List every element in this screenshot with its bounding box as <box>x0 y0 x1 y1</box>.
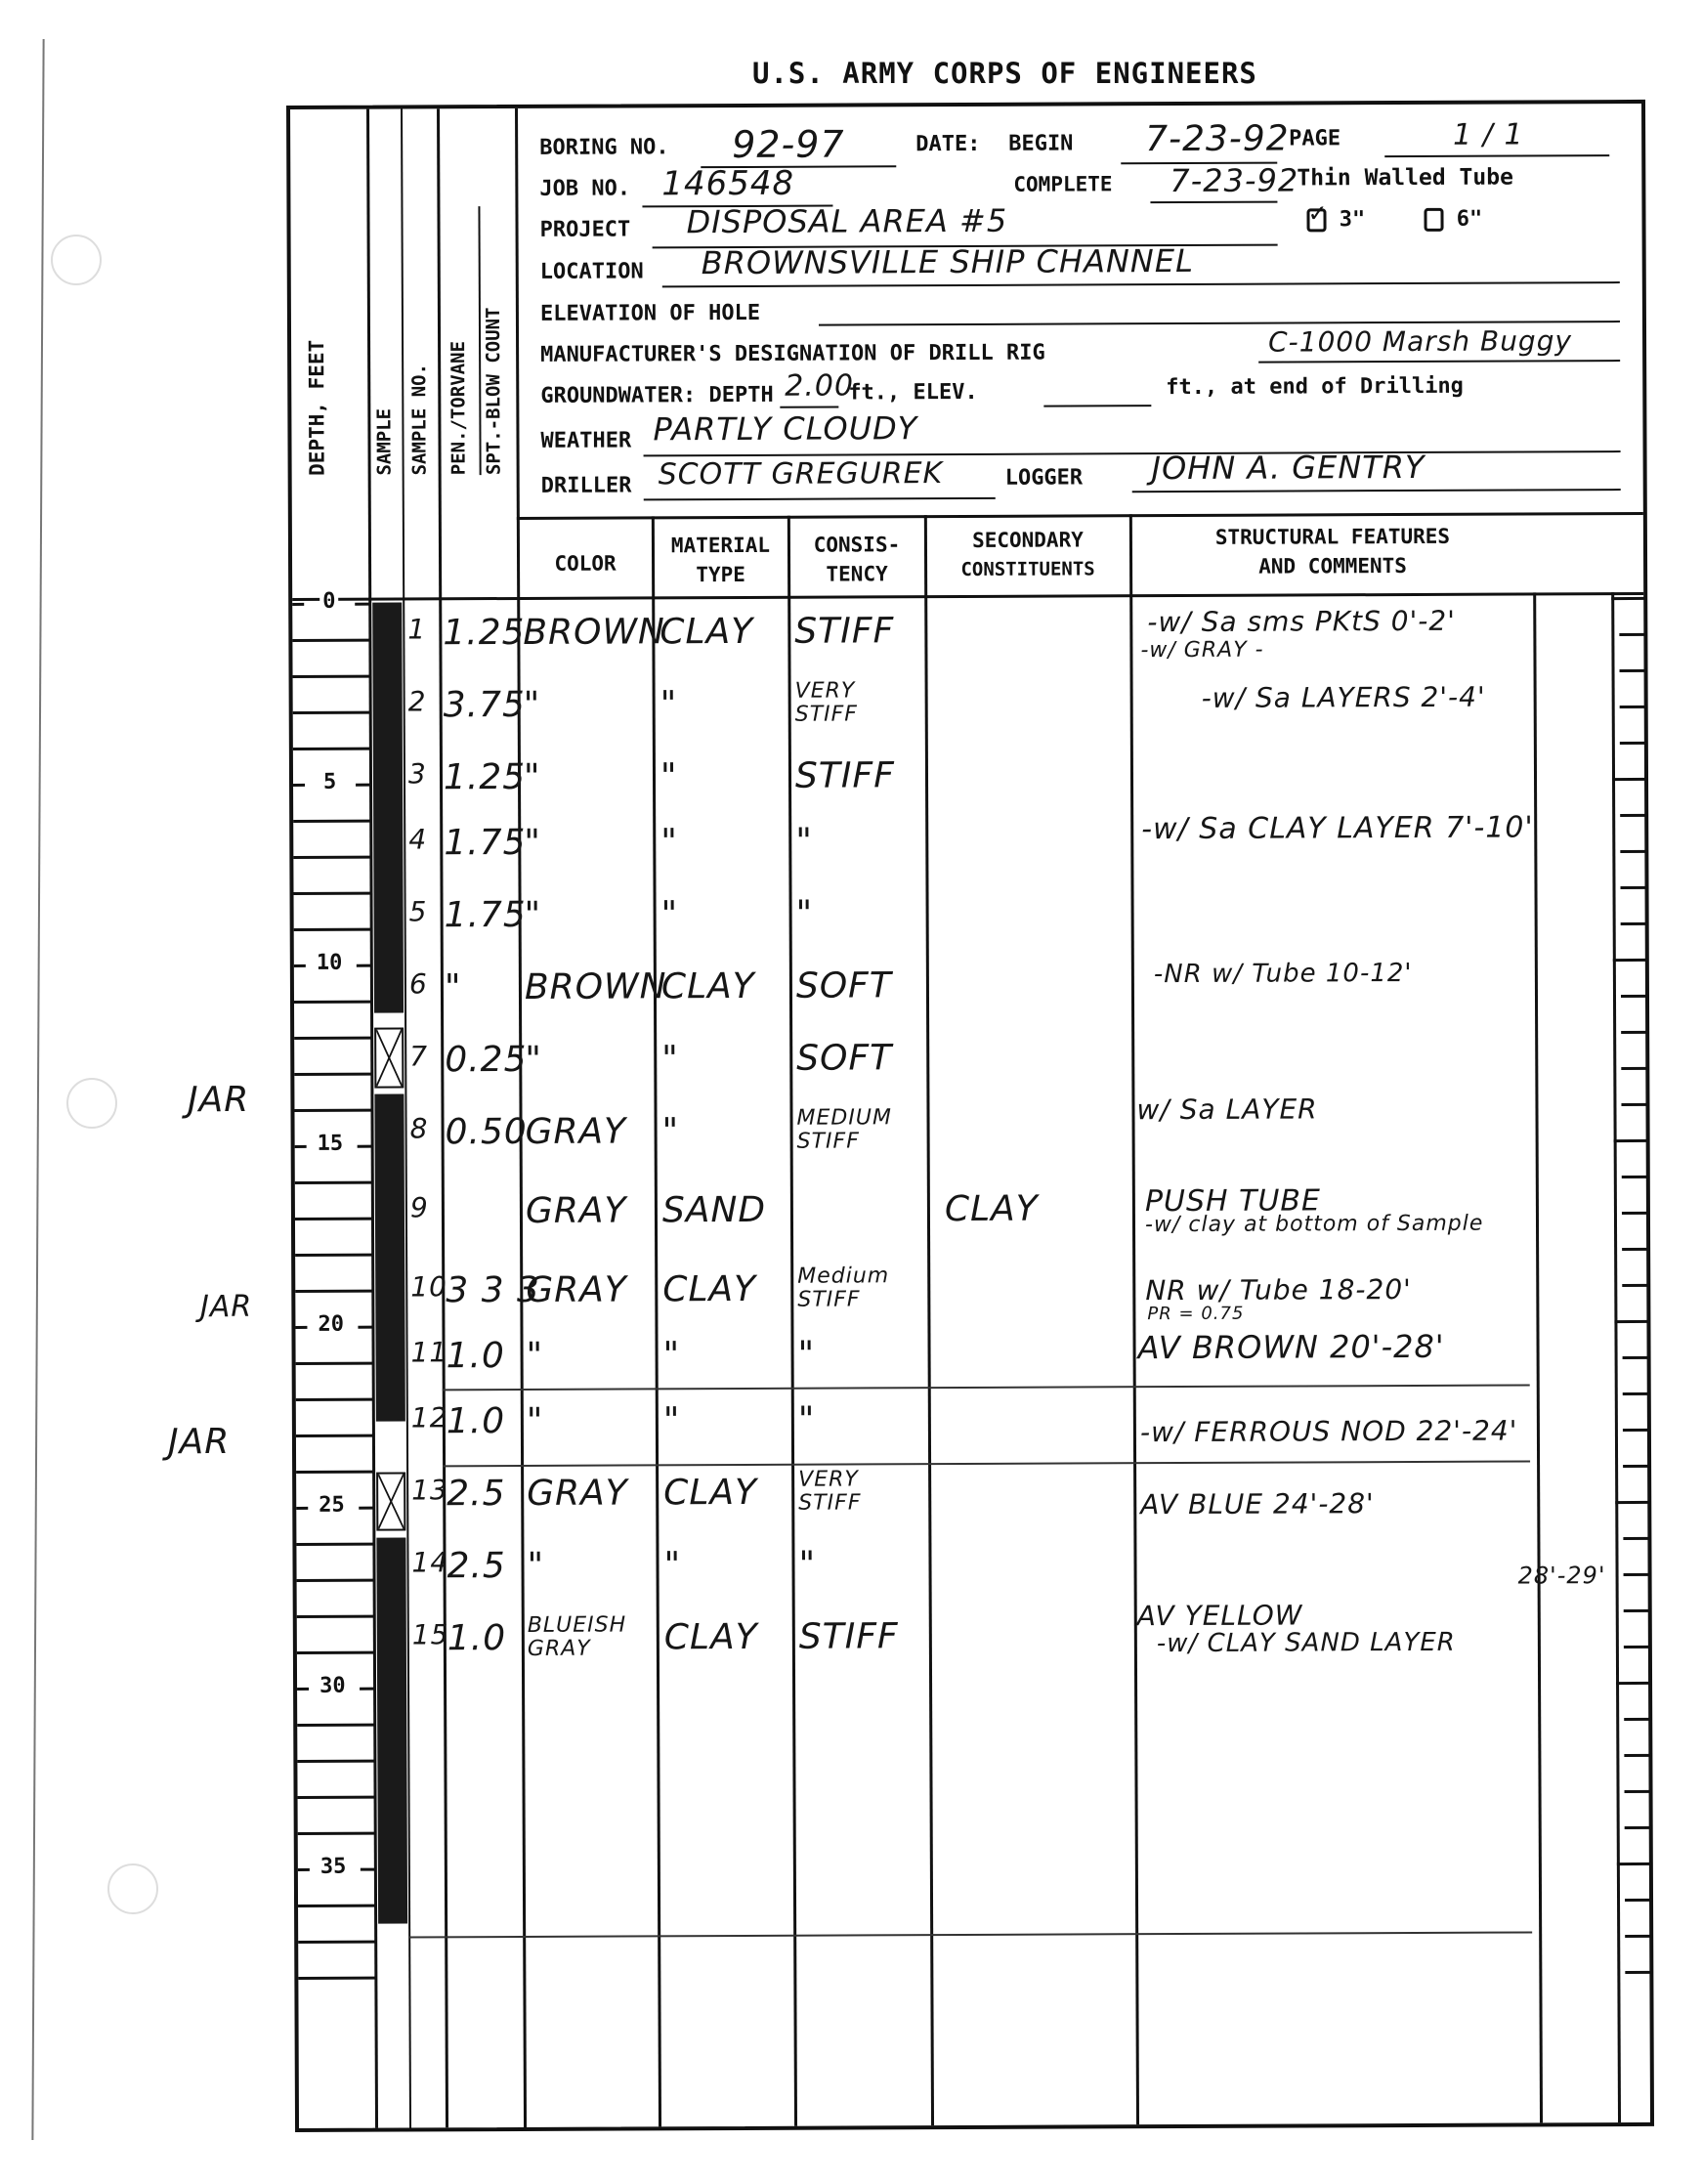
sample-no-cell: 8 <box>409 1112 428 1144</box>
material-type-cell: CLAY <box>663 1473 757 1513</box>
depth-major-tick <box>297 1688 309 1691</box>
pen-torvane-cell: 1.25 <box>443 613 525 653</box>
right-major-tick <box>1614 1320 1649 1323</box>
color-cell: " <box>526 1336 543 1376</box>
depth-minor-tick <box>298 1832 376 1835</box>
weather-field[interactable]: PARTLY CLOUDY <box>653 409 917 448</box>
page-field[interactable]: 1 / 1 <box>1453 117 1524 151</box>
logger-field[interactable]: JOHN A. GENTRY <box>1152 449 1425 487</box>
depth-major-tick <box>293 784 305 787</box>
consistency-cell: STIFF <box>799 1616 899 1656</box>
right-minor-tick <box>1621 1067 1648 1070</box>
depth-minor-tick <box>296 1471 374 1474</box>
secondary-header-1: SECONDARY <box>926 524 1129 556</box>
depth-minor-tick <box>293 711 371 714</box>
sample-recovered-bar <box>374 1093 404 1421</box>
depth-label: 10 <box>314 951 346 975</box>
depth-minor-tick <box>294 1037 372 1040</box>
right-major-tick <box>1616 1682 1651 1685</box>
depth-minor-tick <box>297 1651 375 1654</box>
color-cell: GRAY <box>527 1473 628 1513</box>
right-minor-tick <box>1624 1573 1651 1576</box>
sample-no-cell: 15 <box>412 1618 449 1650</box>
color-cell: GRAY <box>525 1111 626 1151</box>
right-minor-tick <box>1622 1176 1649 1178</box>
color-cell: " <box>525 894 542 934</box>
right-major-tick <box>1611 597 1646 600</box>
spt-blow-count-header: SPT.-BLOW COUNT <box>483 307 505 475</box>
pen-torvane-cell: 2.5 <box>447 1546 505 1586</box>
depth-label: 20 <box>315 1312 347 1337</box>
depth-minor-tick <box>296 1543 374 1546</box>
location-field[interactable]: BROWNSVILLE SHIP CHANNEL <box>702 242 1194 281</box>
depth-major-tick <box>359 1507 374 1510</box>
depth-major-tick <box>361 1868 376 1871</box>
depth-major-tick <box>355 603 370 606</box>
sample-no-cell: 1 <box>407 613 426 645</box>
sample-recovered-bar <box>372 602 404 1012</box>
depth-label: 25 <box>316 1493 348 1518</box>
sample-no-cell: 2 <box>408 685 427 717</box>
depth-major-tick <box>360 1688 375 1691</box>
depth-minor-tick <box>295 1181 373 1184</box>
right-minor-tick <box>1620 850 1647 853</box>
material-header-2: TYPE <box>654 559 787 591</box>
depth-minor-tick <box>297 1615 375 1618</box>
right-major-tick <box>1614 1139 1649 1142</box>
weather-label: WEATHER <box>540 428 631 452</box>
consistency-cell: SOFT <box>796 965 892 1006</box>
depth-minor-tick <box>297 1760 375 1763</box>
depth-minor-tick <box>295 1218 373 1220</box>
right-minor-tick <box>1621 1103 1648 1106</box>
depth-header: DEPTH, FEET <box>305 340 329 476</box>
material-type-cell: " <box>660 822 678 862</box>
comment-line: AV BLUE 24'-28' <box>1140 1487 1375 1520</box>
comment-line: -w/ GRAY - <box>1140 638 1263 664</box>
boring-no-label: BORING NO. <box>539 135 669 160</box>
jar-sample-marker <box>374 1027 404 1088</box>
depth-minor-tick <box>294 1073 372 1076</box>
depth-minor-tick <box>294 1001 372 1004</box>
punch-hole <box>107 1863 158 1914</box>
consistency-cell: MEDIUM STIFF <box>796 1106 923 1154</box>
margin-note-jar: JAR <box>168 1422 230 1462</box>
consistency-cell: STIFF <box>794 611 894 651</box>
consistency-cell: " <box>796 893 814 933</box>
material-type-cell: " <box>661 894 679 934</box>
pen-torvane-cell: 1.25 <box>444 757 526 797</box>
depth-label: 15 <box>315 1132 347 1156</box>
depth-minor-tick <box>294 892 372 895</box>
depth-minor-tick <box>298 1941 376 1944</box>
underline <box>1384 154 1609 157</box>
underline <box>644 450 1621 456</box>
tube-6in-checkbox[interactable] <box>1424 208 1443 232</box>
thin-walled-tube-label: Thin Walled Tube <box>1297 165 1513 192</box>
date-label: DATE: <box>915 132 980 156</box>
sample-no-cell: 14 <box>411 1546 448 1578</box>
right-minor-tick <box>1622 1284 1649 1287</box>
complete-label: COMPLETE <box>1013 172 1112 195</box>
right-minor-tick <box>1623 1429 1650 1432</box>
consistency-cell: " <box>797 1335 815 1375</box>
comment-line: -w/ Sa LAYERS 2'-4' <box>1202 680 1486 713</box>
underline <box>662 281 1620 287</box>
depth-minor-tick <box>296 1362 374 1365</box>
right-minor-tick <box>1625 1826 1652 1829</box>
page-label: PAGE <box>1289 126 1340 150</box>
groundwater-label: GROUNDWATER: DEPTH <box>540 383 774 408</box>
depth-major-tick <box>292 603 304 606</box>
color-cell: BLUEISH GRAY <box>528 1613 655 1661</box>
depth-minor-tick <box>296 1435 374 1437</box>
depth-minor-tick <box>298 1905 376 1907</box>
material-type-cell: " <box>661 1039 679 1079</box>
consistency-cell: " <box>798 1544 816 1584</box>
check-mark-icon: ✓ <box>1307 199 1327 227</box>
end-of-drilling-label: ft., at end of Drilling <box>1166 374 1464 400</box>
sample-no-cell: 3 <box>408 757 427 790</box>
sample-no-cell: 12 <box>411 1401 448 1434</box>
punch-hole <box>51 235 102 285</box>
pen-torvane-cell: 1.0 <box>446 1336 504 1376</box>
material-type-cell: SAND <box>662 1190 766 1230</box>
right-minor-tick <box>1621 1031 1648 1034</box>
comment-line: PR = 0.75 <box>1147 1304 1244 1324</box>
secondary-constituents-cell: CLAY <box>945 1189 1039 1229</box>
right-minor-tick <box>1623 1537 1650 1540</box>
tube-6in-label: 6" <box>1457 207 1483 232</box>
column-divider <box>1533 592 1543 2122</box>
logger-label: LOGGER <box>1005 465 1084 490</box>
agency-title: U.S. ARMY CORPS OF ENGINEERS <box>752 57 1257 90</box>
right-minor-tick <box>1620 886 1647 889</box>
consistency-cell: " <box>798 1399 816 1439</box>
project-field[interactable]: DISPOSAL AREA #5 <box>686 202 1007 240</box>
comment-line: -w/ FERROUS NOD 22'-24' <box>1140 1414 1518 1448</box>
comment-line: AV YELLOW <box>1137 1600 1303 1633</box>
pen-torvane-cell: 1.0 <box>447 1618 506 1658</box>
sample-no-cell: 10 <box>410 1271 447 1304</box>
depth-label: 0 <box>319 589 338 614</box>
location-label: LOCATION <box>540 259 644 283</box>
depth-minor-tick <box>297 1579 375 1582</box>
material-type-cell: CLAY <box>661 966 755 1006</box>
comment-line: -w/ CLAY SAND LAYER <box>1157 1628 1456 1658</box>
sample-no-cell: 13 <box>411 1474 448 1506</box>
material-header-1: MATERIAL <box>654 530 787 562</box>
structural-header-2: AND COMMENTS <box>1132 549 1533 582</box>
right-minor-tick <box>1623 1465 1650 1468</box>
underline <box>1132 489 1621 492</box>
right-minor-tick <box>1620 706 1647 708</box>
complete-date-field[interactable]: 7-23-92 <box>1170 161 1298 199</box>
material-type-cell: " <box>663 1545 681 1585</box>
depth-label: 35 <box>318 1855 350 1879</box>
pen-torvane-cell: 0.50 <box>445 1112 527 1152</box>
consistency-cell: VERY STIFF <box>798 1468 925 1516</box>
sample-no-cell: 6 <box>409 967 428 1000</box>
depth-minor-tick <box>295 1290 373 1293</box>
depth-major-tick <box>356 784 371 787</box>
color-header: COLOR <box>519 547 652 579</box>
comment-line: -w/ Sa CLAY LAYER 7'-10' <box>1141 810 1534 846</box>
material-type-cell: " <box>661 1111 679 1151</box>
right-minor-tick <box>1621 995 1648 998</box>
header-divider <box>517 512 1643 520</box>
right-minor-tick <box>1624 1646 1651 1649</box>
margin-note-jar: JAR <box>188 1080 249 1120</box>
sample-no-cell: 7 <box>409 1040 428 1072</box>
color-cell: GRAY <box>526 1270 627 1310</box>
drill-rig-field[interactable]: C-1000 Marsh Buggy <box>1268 324 1572 358</box>
secondary-header-2: CONSTITUENTS <box>926 553 1129 585</box>
pen-torvane-cell: 2.5 <box>447 1474 505 1514</box>
consistency-cell: SOFT <box>796 1038 892 1078</box>
begin-date-field[interactable]: 7-23-92 <box>1145 119 1290 160</box>
comment-line: -w/ Sa sms PKtS 0'-2' <box>1147 605 1456 638</box>
right-minor-tick <box>1624 1754 1651 1757</box>
right-minor-tick <box>1625 1790 1652 1793</box>
boring-log-form: DEPTH, FEET SAMPLE SAMPLE NO. PEN./TORVA… <box>286 100 1654 2132</box>
job-no-label: JOB NO. <box>539 176 630 200</box>
pen-torvane-cell: 3.75 <box>444 685 526 725</box>
depth-minor-tick <box>294 1109 372 1112</box>
pen-torvane-header: PEN./TORVANE <box>447 341 470 475</box>
depth-scale: 05101520253035 <box>290 104 1641 109</box>
depth-major-tick <box>358 1326 373 1329</box>
material-type-cell: CLAY <box>660 612 753 652</box>
pen-torvane-cell: 1.75 <box>445 895 527 935</box>
right-major-tick <box>1613 959 1648 962</box>
color-cell: " <box>524 822 541 862</box>
color-cell: " <box>525 1039 542 1079</box>
depth-minor-tick <box>297 1724 375 1727</box>
right-minor-tick <box>1620 814 1647 817</box>
color-cell: GRAY <box>526 1190 627 1230</box>
depth-minor-tick <box>293 675 371 678</box>
right-major-tick <box>1615 1501 1650 1504</box>
depth-minor-tick <box>296 1398 374 1401</box>
sample-recovered-bar <box>376 1537 407 1923</box>
depth-label: 5 <box>320 770 339 794</box>
comment-line: AV BROWN 20'-28' <box>1137 1328 1444 1366</box>
elevation-label: ELEVATION OF HOLE <box>540 301 760 326</box>
stratum-break-line <box>408 1931 1532 1938</box>
sample-no-cell: 5 <box>409 895 428 927</box>
margin-note-jar: JAR <box>200 1290 252 1324</box>
structural-header-1: STRUCTURAL FEATURES <box>1132 520 1533 553</box>
material-type-cell: CLAY <box>662 1269 756 1309</box>
depth-minor-tick <box>294 928 372 931</box>
jar-sample-marker <box>376 1472 405 1530</box>
depth-major-tick <box>295 1326 307 1329</box>
right-major-tick <box>1617 1863 1652 1865</box>
column-divider <box>1129 514 1139 2124</box>
consistency-cell: STIFF <box>795 755 895 795</box>
begin-label: BEGIN <box>1008 131 1073 155</box>
right-minor-tick <box>1625 1899 1652 1902</box>
right-minor-tick <box>1625 1935 1652 1938</box>
color-cell: " <box>524 757 541 797</box>
depth-major-tick <box>298 1868 310 1871</box>
driller-field[interactable]: SCOTT GREGUREK <box>659 456 944 492</box>
color-cell: BROWN <box>525 966 667 1007</box>
log-rows: 11.25BROWNCLAYSTIFF23.75""VERY STIFF31.2… <box>290 104 1641 109</box>
consistency-header-2: TENCY <box>789 558 924 590</box>
material-type-cell: " <box>662 1335 680 1375</box>
depth-major-tick <box>294 964 306 967</box>
project-label: PROJECT <box>540 217 631 241</box>
depth-minor-tick <box>298 1796 376 1799</box>
ft-elev-label: ft., ELEV. <box>848 380 978 406</box>
depth-minor-tick <box>293 748 371 750</box>
header-fraction-bar <box>478 206 481 475</box>
comment-line: NR w/ Tube 18-20' <box>1145 1273 1412 1306</box>
color-cell: " <box>527 1400 544 1440</box>
underline <box>1150 201 1277 204</box>
column-header-divider <box>292 592 1643 601</box>
right-minor-tick <box>1619 633 1646 636</box>
depth-minor-tick <box>293 856 371 859</box>
depth-minor-tick <box>293 820 371 823</box>
column-divider <box>924 515 934 2125</box>
consistency-header-1: CONSIS- <box>789 529 924 561</box>
tube-6in-option[interactable]: 6" <box>1424 207 1482 232</box>
pen-torvane-cell: 1.75 <box>444 823 526 863</box>
drill-rig-label: MANUFACTURER'S DESIGNATION OF DRILL RIG <box>540 341 1045 367</box>
comment-line: 28'-29' <box>1518 1562 1606 1589</box>
right-minor-tick <box>1624 1609 1651 1612</box>
pen-torvane-cell: " <box>445 967 462 1007</box>
driller-label: DRILLER <box>541 473 632 497</box>
pen-torvane-cell: 1.0 <box>447 1401 505 1441</box>
tube-3in-option[interactable]: ✓ 3" <box>1306 207 1365 232</box>
depth-minor-tick <box>292 639 370 642</box>
comment-line: w/ Sa LAYER <box>1136 1093 1317 1127</box>
depth-major-tick <box>296 1507 308 1510</box>
right-minor-tick <box>1620 742 1647 745</box>
material-type-cell: " <box>660 756 678 796</box>
color-cell: BROWN <box>523 612 665 653</box>
depth-minor-tick <box>298 1977 376 1980</box>
right-minor-tick <box>1625 1971 1652 1974</box>
right-minor-tick <box>1623 1356 1650 1359</box>
right-depth-scale <box>290 104 1641 109</box>
scan-edge-line <box>31 39 44 2140</box>
right-minor-tick <box>1622 1248 1649 1251</box>
structural-comments: -w/ Sa sms PKtS 0'-2'-w/ GRAY --w/ Sa LA… <box>290 104 1641 109</box>
material-type-cell: " <box>663 1400 681 1440</box>
depth-minor-tick <box>295 1254 373 1257</box>
material-type-cell: CLAY <box>664 1617 758 1657</box>
right-major-tick <box>1612 778 1647 781</box>
stratum-break-line <box>443 1460 1530 1467</box>
underline <box>780 407 838 408</box>
color-cell: " <box>527 1545 544 1585</box>
right-minor-tick <box>1621 922 1648 925</box>
boring-no-field[interactable]: 92-97 <box>732 123 845 167</box>
right-scale-border <box>1611 592 1621 2122</box>
right-minor-tick <box>1624 1718 1651 1721</box>
depth-major-tick <box>358 1145 373 1148</box>
right-minor-tick <box>1623 1392 1650 1395</box>
material-type-cell: " <box>660 684 678 724</box>
tube-3in-label: 3" <box>1340 207 1366 232</box>
consistency-cell: " <box>795 821 813 861</box>
pen-torvane-cell: 0.25 <box>445 1040 527 1080</box>
consistency-cell: VERY STIFF <box>795 679 922 727</box>
groundwater-depth-field[interactable]: 2.00 <box>785 368 854 403</box>
sample-no-cell: 9 <box>410 1191 429 1223</box>
comment-line: -w/ clay at bottom of Sample <box>1145 1212 1483 1238</box>
color-cell: " <box>524 685 541 725</box>
stratum-break-line <box>443 1384 1530 1391</box>
sample-header: SAMPLE <box>373 408 395 476</box>
punch-hole <box>66 1078 117 1129</box>
right-minor-tick <box>1620 669 1647 672</box>
sample-no-cell: 11 <box>410 1336 447 1368</box>
depth-label: 30 <box>317 1674 349 1698</box>
depth-major-tick <box>357 964 372 967</box>
job-no-field[interactable]: 146548 <box>661 164 794 204</box>
tube-3in-checkbox[interactable]: ✓ <box>1306 208 1326 232</box>
comment-line: -NR w/ Tube 10-12' <box>1154 959 1413 989</box>
consistency-cell: Medium STIFF <box>797 1265 924 1313</box>
sample-no-cell: 4 <box>408 823 427 855</box>
underline <box>644 497 996 501</box>
underline <box>1043 405 1151 407</box>
underline <box>1258 360 1620 364</box>
sample-no-header: SAMPLE NO. <box>408 364 430 475</box>
depth-major-tick <box>295 1145 307 1148</box>
right-minor-tick <box>1622 1212 1649 1215</box>
